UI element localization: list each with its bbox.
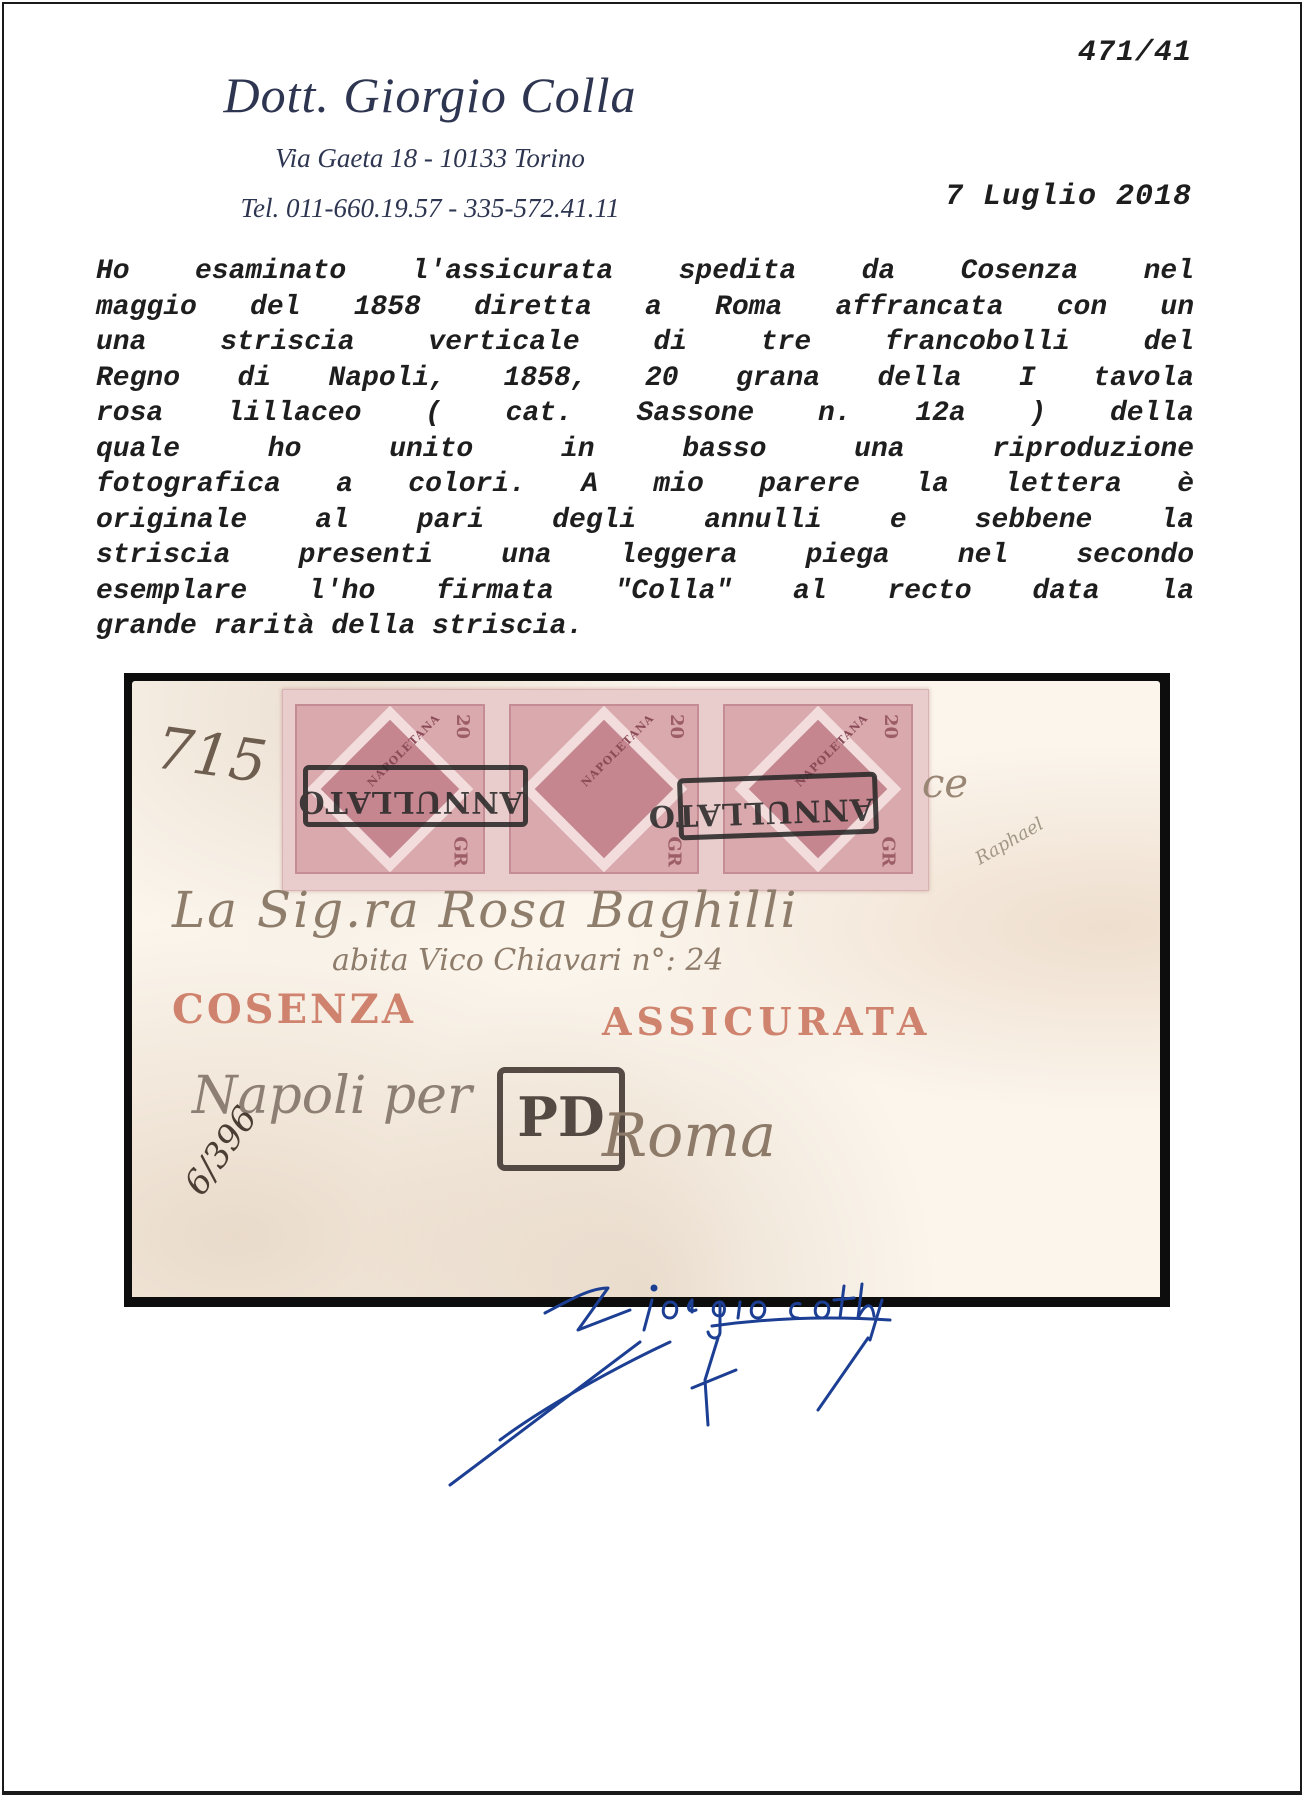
body-line: rosa lillaceo ( cat. Sassone n. 12a ) de…: [96, 396, 1194, 432]
handwritten-destination: Roma: [602, 1101, 776, 1171]
stamp-diamond: [521, 706, 688, 873]
stamp-strip: NAPOLETANA 20 GR NAPOLETANA 20 GR NAPOLE…: [282, 689, 929, 891]
certificate-body: Ho esaminato l'assicurata spedita da Cos…: [96, 254, 1194, 645]
cosenza-postmark: COSENZA: [172, 986, 416, 1033]
stamp-value: 20: [880, 714, 901, 739]
expert-phone: Tel. 011-660.19.57 - 335-572.41.11: [170, 186, 690, 230]
certificate-date: 7 Luglio 2018: [945, 180, 1192, 214]
annullato-cancel: ANNULLATO: [677, 772, 879, 841]
handwritten-street: abita Vico Chiavari n°: 24: [332, 943, 724, 978]
body-line: striscia presenti una leggera piega nel …: [96, 538, 1194, 574]
body-line: Ho esaminato l'assicurata spedita da Cos…: [96, 254, 1194, 290]
stamp-corner: GR: [449, 836, 470, 866]
body-line: quale ho unito in basso una riproduzione: [96, 432, 1194, 468]
certificate-number: 471/41: [1078, 36, 1192, 70]
stamp-value: 20: [452, 714, 473, 739]
annullato-cancel: ANNULLATO: [303, 765, 528, 827]
handwritten-number: 715: [152, 714, 271, 797]
stamp: NAPOLETANA 20 GR: [509, 704, 699, 874]
stamp-corner: GR: [877, 836, 898, 866]
stamp-corner: GR: [663, 836, 684, 866]
body-line: maggio del 1858 diretta a Roma affrancat…: [96, 290, 1194, 326]
expert-name: Dott. Giorgio Colla: [170, 60, 690, 130]
letterhead: Dott. Giorgio Colla Via Gaeta 18 - 10133…: [170, 60, 690, 230]
body-line: fotografica a colori. A mio parere la le…: [96, 467, 1194, 503]
body-line: una striscia verticale di tre francoboll…: [96, 325, 1194, 361]
body-line: grande rarità della striscia.: [96, 609, 1194, 645]
expert-address: Via Gaeta 18 - 10133 Torino: [170, 136, 690, 180]
assicurata-postmark: ASSICURATA: [602, 999, 931, 1044]
expert-signature: [430, 1230, 930, 1490]
handwritten-mark: ce: [922, 761, 968, 807]
handwritten-fraction: 6/396: [177, 1099, 266, 1202]
body-line: esemplare l'ho firmata "Colla" al recto …: [96, 574, 1194, 610]
body-line: originale al pari degli annulli e sebben…: [96, 503, 1194, 539]
envelope: 715 NAPOLETANA 20 GR NAPOLETANA 20 GR NA…: [132, 681, 1160, 1297]
stamp-value: 20: [666, 714, 687, 739]
envelope-photo: 715 NAPOLETANA 20 GR NAPOLETANA 20 GR NA…: [124, 673, 1170, 1307]
handwritten-addressee: La Sig.ra Rosa Baghilli: [172, 881, 799, 939]
body-line: Regno di Napoli, 1858, 20 grana della I …: [96, 361, 1194, 397]
handwritten-note: Raphael: [972, 814, 1047, 870]
